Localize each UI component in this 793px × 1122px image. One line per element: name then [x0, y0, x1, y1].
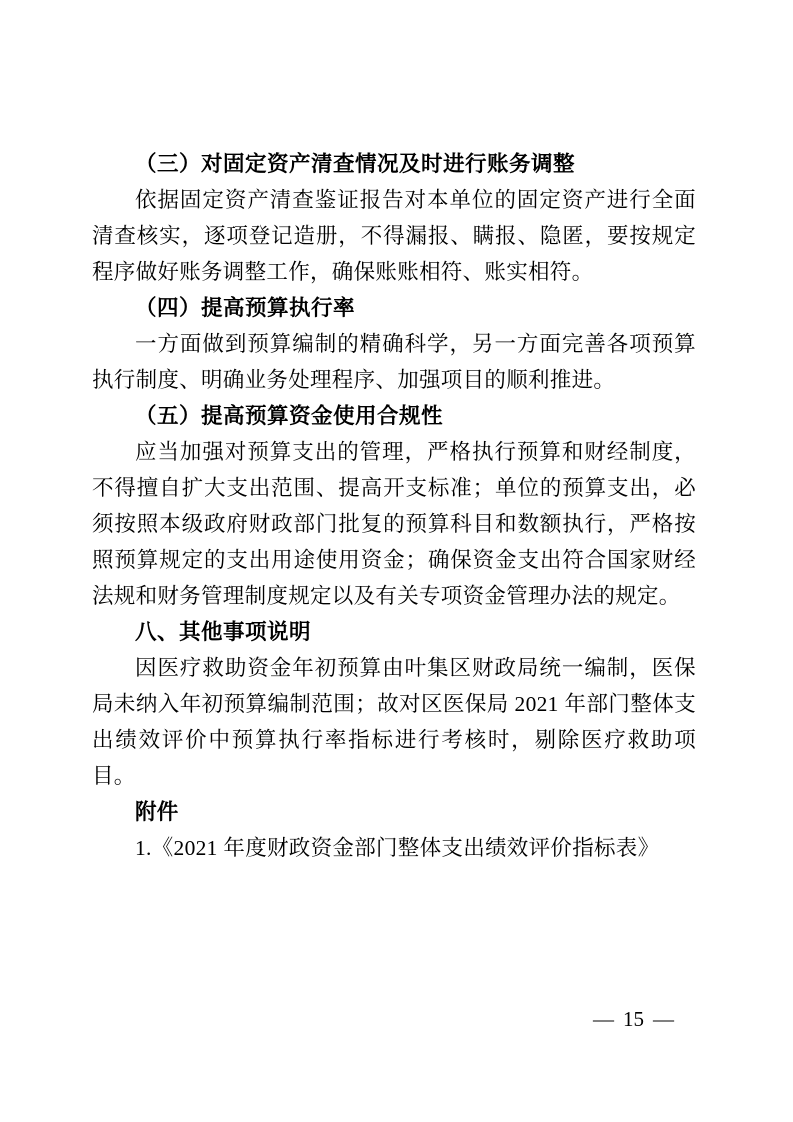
- document-page: （三）对固定资产清查情况及时进行账务调整依据固定资产清查鉴证报告对本单位的固定资…: [0, 0, 793, 1122]
- page-number: 15: [623, 1007, 644, 1031]
- attachment-item-1: 1.《2021 年度财政资金部门整体支出绩效评价指标表》: [92, 830, 696, 866]
- heading-fund-use-compliance: （五）提高预算资金使用合规性: [92, 398, 696, 434]
- para-fixed-asset-adjustment: 依据固定资产清查鉴证报告对本单位的固定资产进行全面清查核实，逐项登记造册，不得漏…: [92, 182, 696, 290]
- para-other-matters: 因医疗救助资金年初预算由叶集区财政局统一编制，医保局未纳入年初预算编制范围；故对…: [92, 650, 696, 794]
- para-budget-execution-rate: 一方面做到预算编制的精确科学，另一方面完善各项预算执行制度、明确业务处理程序、加…: [92, 326, 696, 398]
- page-number-dash-right: —: [653, 1007, 674, 1031]
- page-number-dash-left: —: [593, 1007, 614, 1031]
- attachment-label: 附件: [92, 794, 696, 830]
- heading-fixed-asset-adjustment: （三）对固定资产清查情况及时进行账务调整: [92, 146, 696, 182]
- page-footer: —15—: [584, 1005, 683, 1033]
- heading-budget-execution-rate: （四）提高预算执行率: [92, 290, 696, 326]
- para-fund-use-compliance: 应当加强对预算支出的管理，严格执行预算和财经制度，不得擅自扩大支出范围、提高开支…: [92, 434, 696, 614]
- document-body: （三）对固定资产清查情况及时进行账务调整依据固定资产清查鉴证报告对本单位的固定资…: [92, 146, 696, 866]
- heading-other-matters: 八、其他事项说明: [92, 614, 696, 650]
